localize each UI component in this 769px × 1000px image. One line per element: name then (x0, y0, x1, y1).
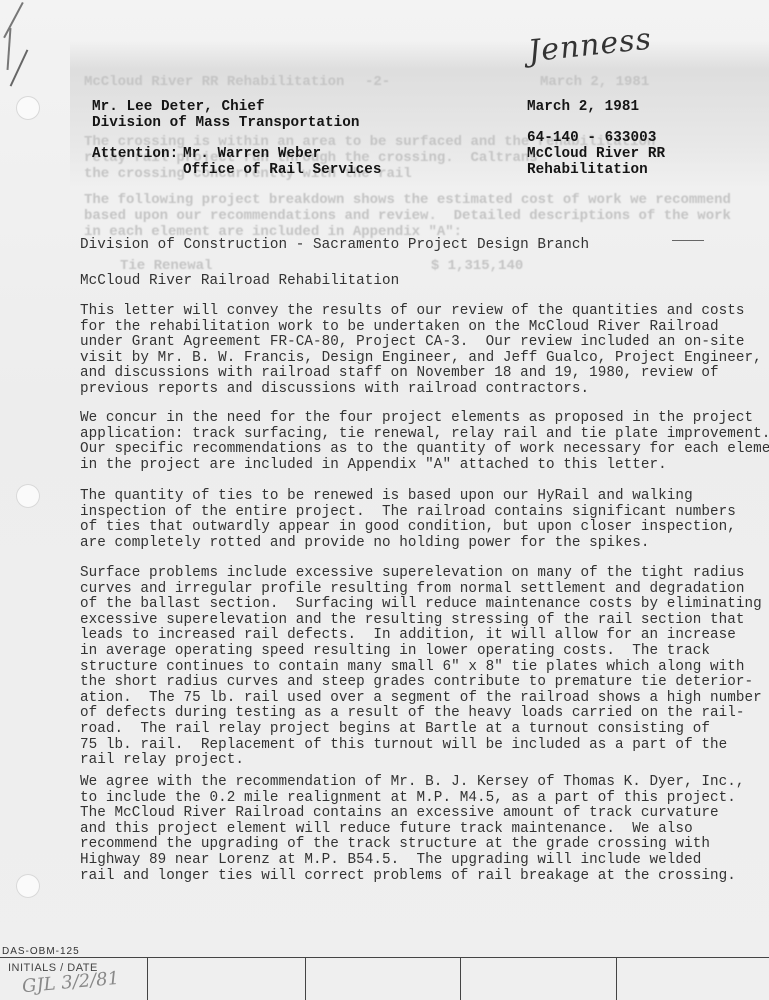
form-divider (305, 957, 306, 1000)
ghost-header-date: March 2, 1981 (540, 74, 649, 90)
from-division: Division of Construction - Sacramento Pr… (80, 238, 589, 254)
paragraph-line: structure continues to contain many smal… (80, 660, 744, 676)
ghost-line: based upon our recommendations and revie… (84, 208, 731, 224)
paragraph-line: Surface problems include excessive super… (80, 566, 744, 582)
paragraph-line: of ties that outwardly appear in good co… (80, 520, 736, 536)
reference-project: McCloud River RR (527, 147, 665, 163)
paragraph-line: visit by Mr. B. W. Francis, Design Engin… (80, 351, 762, 367)
paragraph-line: curves and irregular profile resulting f… (80, 582, 744, 598)
hole-punch-icon (16, 484, 40, 508)
paragraph-line: This letter will convey the results of o… (80, 304, 744, 320)
attention-office: Office of Rail Services (183, 163, 381, 179)
paragraph-line: of defects during testing as a result of… (80, 706, 744, 722)
recipient-division: Division of Mass Transportation (92, 116, 360, 132)
paragraph-line: excessive superelevation and the resulti… (80, 613, 744, 629)
ghost-line: Tie Renewal $ 1,315,140 (120, 258, 523, 274)
form-rule (0, 957, 769, 958)
form-divider (616, 957, 617, 1000)
paragraph-line: are completely rotted and provide no hol… (80, 536, 650, 552)
form-divider (460, 957, 461, 1000)
document-page: McCloud River RR Rehabilitation -2- Marc… (0, 0, 769, 1000)
staple-mark (3, 2, 31, 42)
paragraph-line: ation. The 75 lb. rail used over a segme… (80, 691, 762, 707)
paragraph-line: and this project element will reduce fut… (80, 822, 693, 838)
paragraph-line: road. The rail relay project begins at B… (80, 722, 710, 738)
paragraph-line: The McCloud River Railroad contains an e… (80, 806, 719, 822)
reference-project-2: Rehabilitation (527, 163, 648, 179)
paragraph-line: under Grant Agreement FR-CA-80, Project … (80, 335, 744, 351)
ghost-page-number: -2- (365, 74, 390, 90)
paragraph-line: inspection of the entire project. The ra… (80, 505, 736, 521)
file-number: 64-140 - 633003 (527, 131, 656, 147)
paragraph-line: recommend the upgrading of the track str… (80, 837, 710, 853)
margin-dash (672, 240, 704, 241)
ghost-header-left: McCloud River RR Rehabilitation (84, 74, 344, 90)
staple-mark (10, 49, 29, 86)
recipient-name: Mr. Lee Deter, Chief (92, 100, 265, 116)
ghost-line: The following project breakdown shows th… (84, 192, 731, 208)
hole-punch-icon (16, 874, 40, 898)
form-code: DAS-OBM-125 (2, 946, 80, 957)
paragraph-line: the short radius curves and steep grades… (80, 675, 753, 691)
paragraph-line: We agree with the recommendation of Mr. … (80, 775, 744, 791)
subject-line: McCloud River Railroad Rehabilitation (80, 274, 399, 290)
paragraph-line: in the project are included in Appendix … (80, 458, 667, 474)
attention-label: Attention: (92, 147, 178, 163)
paragraph-line: of the ballast section. Surfacing will r… (80, 597, 762, 613)
paragraph-line: previous reports and discussions with ra… (80, 382, 589, 398)
paragraph-line: 75 lb. rail. Replacement of this turnout… (80, 738, 727, 754)
paragraph-line: application: track surfacing, tie renewa… (80, 427, 769, 443)
paragraph-line: leads to increased rail defects. In addi… (80, 628, 736, 644)
paragraph-line: rail and longer ties will correct proble… (80, 869, 736, 885)
paragraph-line: to include the 0.2 mile realignment at M… (80, 791, 736, 807)
paragraph-line: in average operating speed resulting in … (80, 644, 710, 660)
paragraph-line: and discussions with railroad staff on N… (80, 366, 719, 382)
paragraph-line: for the rehabilitation work to be undert… (80, 320, 719, 336)
attention-name: Mr. Warren Weber (183, 147, 321, 163)
paragraph-line: rail relay project. (80, 753, 244, 769)
paragraph-line: The quantity of ties to be renewed is ba… (80, 489, 693, 505)
hole-punch-icon (16, 96, 40, 120)
paragraph-line: Our specific recommendations as to the q… (80, 442, 769, 458)
paragraph-line: Highway 89 near Lorenz at M.P. B54.5. Th… (80, 853, 701, 869)
letter-date: March 2, 1981 (527, 100, 639, 116)
paragraph-line: We concur in the need for the four proje… (80, 411, 753, 427)
form-divider (147, 957, 148, 1000)
